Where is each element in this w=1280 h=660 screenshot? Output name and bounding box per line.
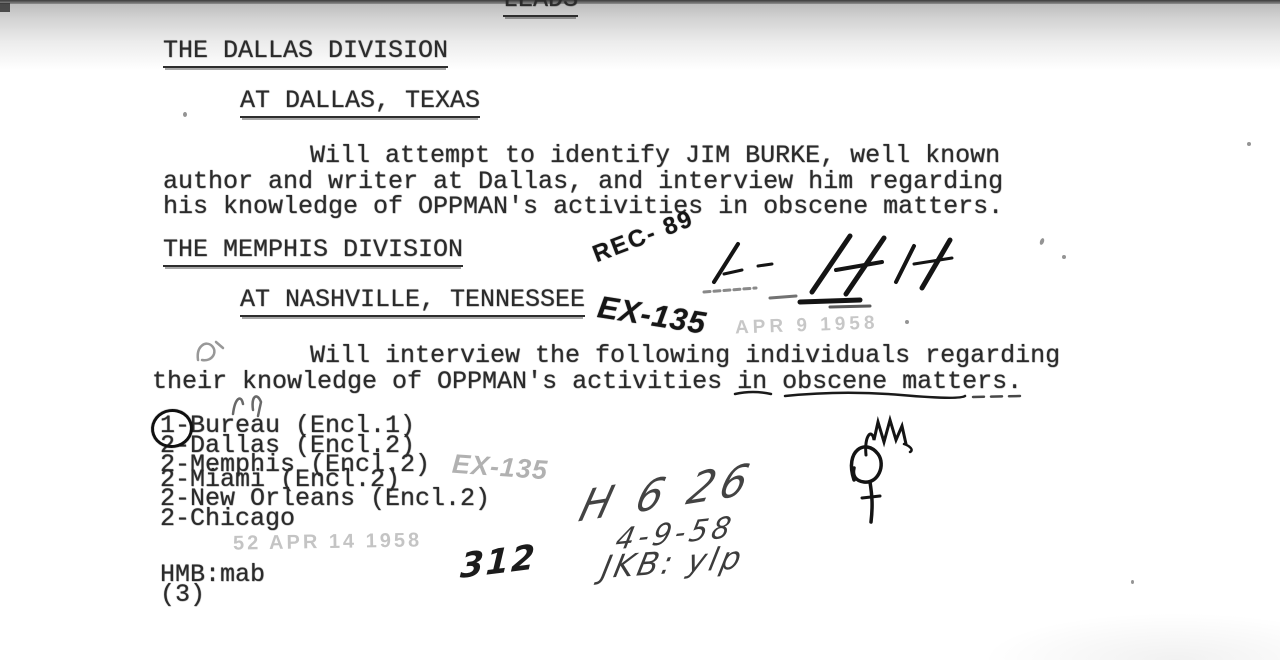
copy-count: (3): [160, 582, 205, 607]
signature-scribble: [826, 410, 931, 525]
dallas-division-heading: THE DALLAS DIVISION: [163, 38, 448, 63]
hand-underline: [733, 388, 1025, 400]
scan-corner-artifact: [0, 3, 10, 12]
dallas-office-heading: AT DALLAS, TEXAS: [240, 88, 480, 113]
ink-speck: [1062, 255, 1066, 259]
mailroom-date-stamp: 52 APR 14 1958: [233, 529, 423, 555]
pencil-scribble: [225, 390, 277, 418]
ink-speck: [1247, 142, 1251, 146]
dallas-paragraph-line1: Will attempt to identify JIM BURKE, well…: [310, 143, 1000, 168]
dallas-paragraph-line2: author and writer at Dallas, and intervi…: [163, 169, 1003, 194]
ex-number-stamp-faint: EX-135: [451, 449, 549, 487]
scan-bottom-shadow: [980, 612, 1280, 660]
ex-number-stamp: EX-135: [595, 289, 709, 342]
dallas-paragraph-line3: his knowledge of OPPMAN's activities in …: [163, 194, 1003, 219]
scanned-document-page: LEADS THE DALLAS DIVISION AT DALLAS, TEX…: [0, 0, 1280, 660]
memphis-paragraph-line1: Will interview the following individuals…: [310, 343, 1060, 368]
ink-smudge: [192, 336, 228, 366]
ink-speck: [183, 112, 187, 117]
page-header: LEADS: [503, 0, 578, 12]
memphis-office-heading: AT NASHVILLE, TENNESSEE: [240, 287, 585, 312]
handwritten-file-number: [700, 230, 960, 312]
ink-speck: [1131, 580, 1134, 584]
distribution-item: 2-Chicago: [160, 506, 295, 531]
memphis-division-heading: THE MEMPHIS DIVISION: [163, 237, 463, 262]
ink-speck: [905, 320, 909, 324]
handwritten-route-number: 312: [459, 537, 538, 587]
date-received-stamp: APR 9 1958: [735, 313, 879, 340]
page-header-text: LEADS: [503, 0, 578, 17]
ink-speck: [1039, 238, 1045, 246]
